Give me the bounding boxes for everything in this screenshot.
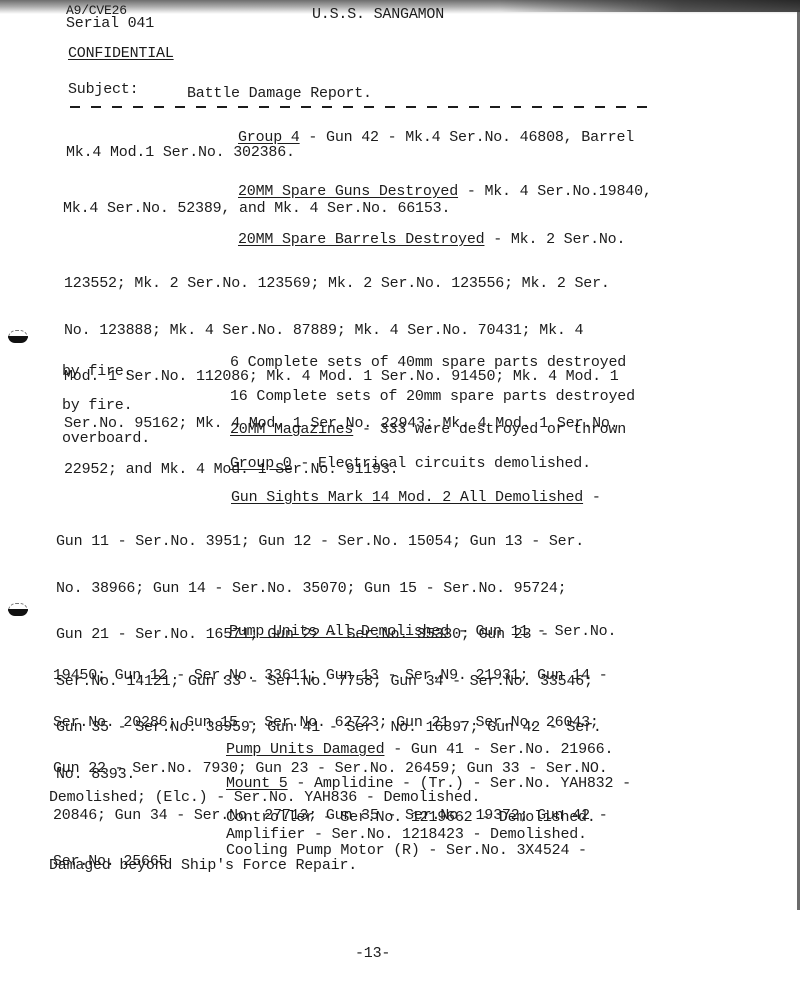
spare-guns-line1: 20MM Spare Guns Destroyed - Mk. 4 Ser.No… (238, 184, 652, 200)
spare-guns-text: - Mk. 4 Ser.No.19840, (458, 183, 652, 200)
ship-name: U.S.S. SANGAMON (312, 7, 444, 23)
spare-guns-line2: Mk.4 Ser.No. 52389, and Mk. 4 Ser.No. 66… (63, 201, 450, 217)
magazines-continuation: overboard. (62, 431, 150, 447)
mount5-line2: Demolished; (Elc.) - Ser.No. YAH836 - De… (49, 790, 480, 806)
magazines-line: 20MM Magazines - 333 were destroyed or t… (230, 422, 626, 438)
document-page: A9/CVE26 Serial 041 U.S.S. SANGAMON CONF… (0, 0, 800, 1002)
subject: Battle Damage Report. (187, 86, 372, 102)
list-item: No. 123888; Mk. 4 Ser.No. 87889; Mk. 4 S… (64, 323, 619, 339)
punch-hole-icon (6, 603, 30, 617)
page-number: -13- (355, 946, 390, 962)
magazines-text: - 333 were destroyed or thrown (353, 421, 626, 438)
group4-line2: Mk.4 Mod.1 Ser.No. 302386. (66, 145, 295, 161)
pump-damaged-heading: Pump Units Damaged (226, 741, 384, 758)
list-item: Gun 11 - Ser.No. 3951; Gun 12 - Ser.No. … (56, 534, 602, 550)
subject-label: Subject: (68, 82, 138, 98)
magazines-heading: 20MM Magazines (230, 421, 353, 438)
group4-line1: Group 4 - Gun 42 - Mk.4 Ser.No. 46808, B… (238, 130, 634, 146)
pump-damaged-line: Pump Units Damaged - Gun 41 - Ser.No. 21… (226, 742, 613, 758)
pump-damaged-text: - Gun 41 - Ser.No. 21966. (384, 741, 613, 758)
spare-parts-40mm-continuation: by fire. (62, 364, 132, 380)
list-item: 123552; Mk. 2 Ser.No. 123569; Mk. 2 Ser.… (64, 276, 619, 292)
divider (70, 106, 658, 108)
classification: CONFIDENTIAL (68, 46, 174, 62)
spare-parts-40mm: 6 Complete sets of 40mm spare parts dest… (230, 355, 626, 371)
scan-edge-shadow-right (500, 0, 800, 12)
group0-heading: Group 0 (230, 455, 292, 472)
spare-guns-heading: 20MM Spare Guns Destroyed (238, 183, 458, 200)
group4-text: - Gun 42 - Mk.4 Ser.No. 46808, Barrel (300, 129, 634, 146)
mount5-amplifier: Amplifier - Ser.No. 1218423 - Demolished… (226, 827, 587, 843)
punch-hole-icon (6, 330, 30, 344)
group0-line: Group 0 - Electrical circuits demolished… (230, 456, 591, 472)
group0-text: - Electrical circuits demolished. (292, 455, 591, 472)
list-item: Ser.No. 20286; Gun 15 - Ser.No. 62723; G… (53, 715, 608, 731)
mount5-line6: Damaged beyond Ship's Force Repair. (49, 858, 357, 874)
mount5-controller: Controller - Ser.No. 1219662 - Demolishe… (226, 810, 596, 826)
list-item: 19450; Gun 12 - Ser.No. 33611; Gun 13 - … (53, 668, 608, 684)
list-item: No. 38966; Gun 14 - Ser.No. 35070; Gun 1… (56, 581, 602, 597)
spare-parts-20mm-continuation: by fire. (62, 398, 132, 414)
list-item: Mod. 1 Ser.No. 112086; Mk. 4 Mod. 1 Ser.… (64, 369, 619, 385)
spare-parts-20mm: 16 Complete sets of 20mm spare parts des… (230, 389, 635, 405)
serial-number: Serial 041 (66, 16, 154, 32)
